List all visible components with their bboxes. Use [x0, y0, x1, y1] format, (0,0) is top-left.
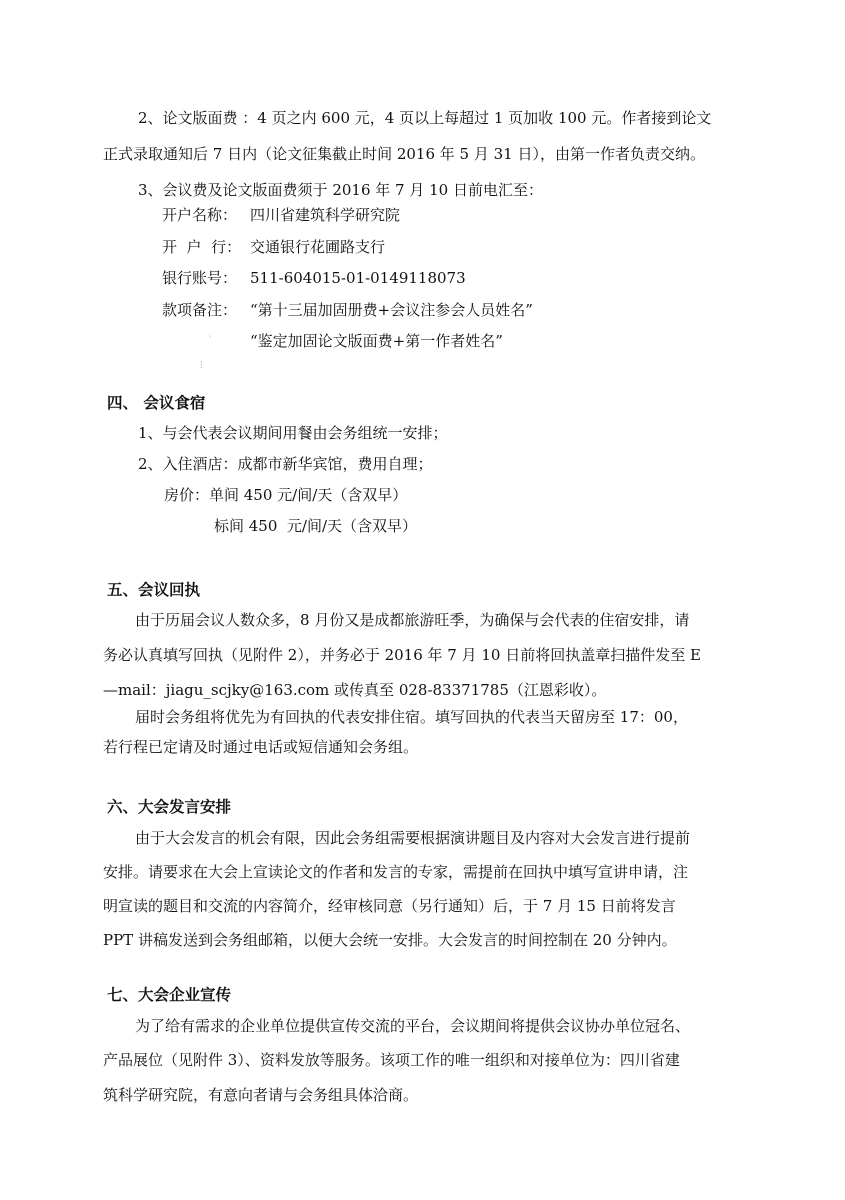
section-6-line-4: PPT 讲稿发送到会务组邮箱，以便大会统一安排。大会发言的时间控制在 20 分钟… — [103, 930, 677, 950]
section-6-line-2: 安排。请要求在大会上宣读论文的作者和发言的专家，需提前在回执中填写宣讲申请，注 — [103, 862, 688, 882]
section-4-item-1: 1、与会代表会议期间用餐由会务组统一安排； — [138, 423, 448, 443]
account-name-value: 四川省建筑科学研究院 — [250, 206, 400, 224]
fee-item-2-line-1: 2、论文版面费 ：4 页之内 600 元，4 页以上每超过 1 页加收 100 … — [138, 108, 711, 128]
section-4-item-2: 2、入住酒店：成都市新华宾馆，费用自理； — [138, 454, 433, 474]
section-7-line-1: 为了给有需求的企业单位提供宣传交流的平台，会议期间将提供会议协办单位冠名、 — [135, 1016, 690, 1036]
scan-speck: ` — [208, 336, 213, 347]
section-5-p1-line-1: 由于历届会议人数众多，8 月份又是成都旅游旺季，为确保与会代表的住宿安排，请 — [135, 610, 689, 630]
account-number-value: 511-604015-01-0149118073 — [250, 269, 466, 287]
bank-value: 交通银行花圃路支行 — [250, 238, 385, 256]
section-5-p1-line-3: —mail：jiagu_scjky@163.com 或传真至 028-83371… — [103, 680, 606, 700]
section-7-line-3: 筑科学研究院，有意向者请与会务组具体洽商。 — [103, 1085, 418, 1105]
scan-speck: ⁞ — [200, 360, 203, 371]
room-price-single: 房价：单间 450 元/间/天（含双早） — [164, 485, 407, 505]
section-5-p2-line-2: 若行程已定请及时通过电话或短信通知会务组。 — [103, 737, 418, 757]
section-5-p2-line-1: 届时会务组将优先为有回执的代表安排住宿。填写回执的代表当天留房至 17：00， — [135, 707, 688, 727]
fee-item-3: 3、会议费及论文版面费须于 2016 年 7 月 10 日前电汇至： — [138, 180, 543, 200]
section-7-line-2: 产品展位（见附件 3）、资料发放等服务。该项工作的唯一组织和对接单位为：四川省建 — [103, 1050, 680, 1070]
section-6-title: 六、大会发言安排 — [107, 797, 231, 817]
account-name-label: 开户名称： — [162, 205, 250, 225]
bank-row: 开 户 行：交通银行花圃路支行 — [162, 237, 385, 257]
account-name-row: 开户名称：四川省建筑科学研究院 — [162, 205, 400, 225]
section-6-line-3: 明宣读的题目和交流的内容简介，经审核同意（另行通知）后，于 7 月 15 日前将… — [103, 896, 676, 916]
remark-value-2: “鉴定加固论文版面费+第一作者姓名” — [250, 331, 503, 351]
account-number-row: 银行账号：511-604015-01-0149118073 — [162, 268, 466, 288]
remark-value-1: “第十三届加固册费+会议注参会人员姓名” — [250, 301, 533, 319]
section-5-title: 五、会议回执 — [107, 580, 200, 600]
section-5-p1-line-2: 务必认真填写回执（见附件 2），并务必于 2016 年 7 月 10 日前将回执… — [103, 645, 701, 665]
remark-label: 款项备注： — [162, 300, 250, 320]
account-number-label: 银行账号： — [162, 268, 250, 288]
room-price-standard: 标间 450 元/间/天（含双早） — [214, 516, 417, 536]
fee-item-2-line-2: 正式录取通知后 7 日内（论文征集截止时间 2016 年 5 月 31 日），由… — [103, 144, 705, 164]
section-6-line-1: 由于大会发言的机会有限，因此会务组需要根据演讲题目及内容对大会发言进行提前 — [135, 828, 690, 848]
remark-row: 款项备注：“第十三届加固册费+会议注参会人员姓名” — [162, 300, 533, 320]
section-7-title: 七、大会企业宣传 — [107, 985, 231, 1005]
bank-label: 开 户 行： — [162, 237, 250, 257]
section-4-title: 四、 会议食宿 — [107, 393, 205, 413]
